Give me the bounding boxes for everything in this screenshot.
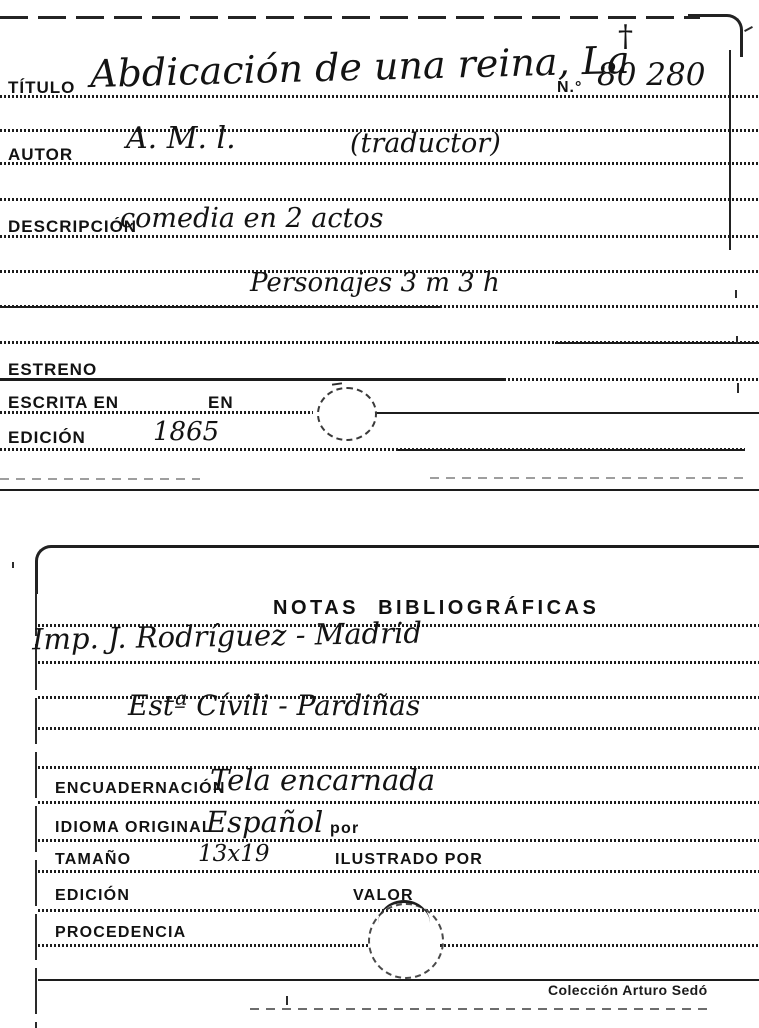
traductor-handwritten: (traductor) bbox=[350, 130, 501, 157]
procedencia-underline bbox=[38, 944, 370, 947]
ruled-line-solid-part bbox=[555, 342, 759, 344]
por-label: por bbox=[330, 820, 359, 838]
hole-punch-mark bbox=[317, 387, 377, 441]
titulo-handwritten: Abdicación de una reina, La bbox=[90, 41, 630, 93]
idioma-original-label: IDIOMA ORIGINAL bbox=[55, 819, 213, 837]
tamano-underline bbox=[38, 870, 759, 873]
stray-mark bbox=[12, 562, 14, 568]
catalog-card-scan: TÍTULO N.° AUTOR DESCRIPCIÓN ESTRENO ESC… bbox=[0, 0, 759, 1028]
imprenta-handwritten: Imp. J. Rodríguez - Madrid bbox=[32, 619, 422, 655]
front-card-corner bbox=[688, 14, 743, 57]
edicion-back-label: EDICIÓN bbox=[55, 887, 130, 905]
personajes-handwritten: Personajes 3 m 3 h bbox=[250, 270, 500, 296]
autor-label: AUTOR bbox=[8, 145, 73, 165]
border-fragment bbox=[737, 383, 739, 393]
escrita-en-underline-solid bbox=[376, 412, 759, 414]
tamano-label: TAMAÑO bbox=[55, 851, 131, 869]
ruled-line-solid-part bbox=[0, 306, 440, 308]
ruled-line bbox=[38, 661, 759, 664]
edicion-year-handwritten: 1865 bbox=[153, 419, 219, 445]
stray-mark bbox=[744, 26, 753, 32]
estreno-label: ESTRENO bbox=[8, 360, 97, 380]
ruled-line-solid bbox=[38, 979, 759, 981]
ruled-line bbox=[38, 727, 759, 730]
front-card-bottom-edge bbox=[0, 489, 759, 491]
stray-mark bbox=[332, 382, 342, 385]
encuadernacion-label: ENCUADERNACIÓN bbox=[55, 780, 226, 798]
dagger-mark: † bbox=[618, 22, 633, 52]
border-fragment bbox=[735, 290, 737, 298]
idioma-underline bbox=[38, 839, 759, 842]
border-fragment bbox=[736, 336, 738, 344]
escrita-en-label: ESCRITA EN bbox=[8, 393, 119, 413]
titulo-label: TÍTULO bbox=[8, 78, 75, 98]
descripcion-label: DESCRIPCIÓN bbox=[8, 217, 137, 237]
procedencia-underline bbox=[440, 944, 759, 947]
scan-artifact-line bbox=[0, 478, 200, 480]
numero-handwritten: 80 280 bbox=[597, 60, 705, 91]
en-label: EN bbox=[208, 393, 234, 413]
front-card-top-border bbox=[0, 16, 700, 19]
edicion-underline-solid bbox=[398, 449, 745, 451]
back-card-corner bbox=[35, 545, 86, 594]
back-card-top-border bbox=[80, 545, 759, 548]
autor-handwritten: A. M. l. bbox=[126, 124, 236, 154]
descripcion-handwritten: comedia en 2 actos bbox=[120, 205, 383, 232]
encuadernacion-handwritten: Tela encarnada bbox=[210, 766, 435, 795]
nota-handwritten: Estª Cívili - Pardiñas bbox=[128, 692, 420, 720]
ruled-line bbox=[0, 198, 759, 201]
ruled-line bbox=[0, 162, 759, 165]
encuadernacion-underline bbox=[38, 801, 759, 804]
idioma-handwritten: Español bbox=[206, 808, 323, 837]
partial-bottom-line bbox=[250, 1008, 710, 1010]
scan-artifact-line bbox=[430, 477, 750, 479]
tamano-handwritten: 13x19 bbox=[198, 843, 270, 866]
edicion-label: EDICIÓN bbox=[8, 428, 86, 448]
front-card-right-border bbox=[729, 50, 731, 250]
procedencia-label: PROCEDENCIA bbox=[55, 924, 186, 942]
stray-mark bbox=[286, 996, 288, 1005]
coleccion-stamp: Colección Arturo Sedó bbox=[548, 982, 708, 998]
ilustrado-por-label: ILUSTRADO POR bbox=[335, 851, 483, 869]
